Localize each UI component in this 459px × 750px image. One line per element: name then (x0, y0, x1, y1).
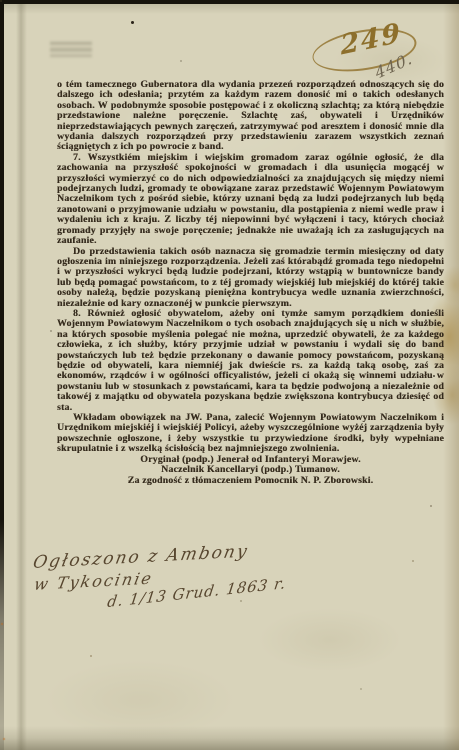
paragraph-continuation: o tém tamecznego Gubernatora dla wydania… (57, 80, 444, 153)
signature-line-translation: Za zgodność z tłómaczeniem Pomocnik N. P… (57, 476, 444, 487)
handwritten-note: Ogłoszono z Ambony w Tykocinie d. 1/13 G… (33, 539, 296, 610)
paragraph-point-8: 8. Również ogłosić obywatelom, ażeby oni… (57, 309, 444, 413)
paragraph-point-7: 7. Wszystkiém miejskim i wiejskim gromad… (57, 153, 444, 247)
paper-speckles (0, 0, 2, 2)
scan-edge-left (0, 0, 4, 750)
bleedthrough-smudge (50, 38, 92, 60)
paragraph-obligation: Wkładam obowiązek na JW. Pana, zalecić W… (57, 413, 444, 455)
ink-dot (131, 21, 134, 24)
page-background: 249 440. o tém tamecznego Gubernatora dl… (0, 0, 459, 750)
scan-edge-top (0, 0, 459, 4)
printed-text-block: o tém tamecznego Gubernatora dla wydania… (57, 80, 444, 487)
paragraph-monthly-term: Do przedstawienia takich osób naznacza s… (57, 247, 444, 309)
